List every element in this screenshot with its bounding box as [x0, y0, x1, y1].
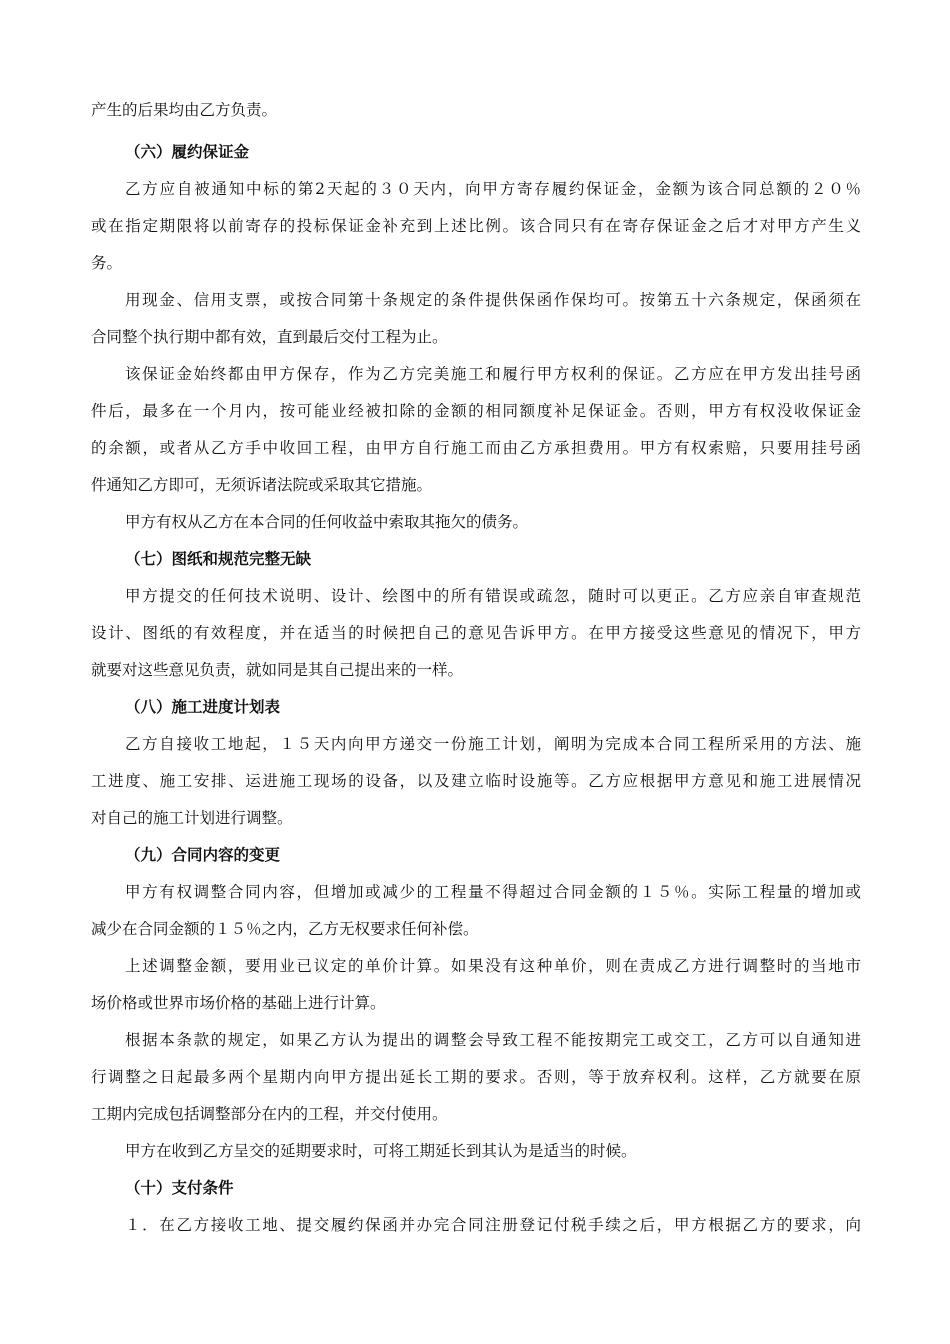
- paragraph-line: 务。: [91, 253, 861, 273]
- paragraph-line: 减少在合同金额的１５％之内，乙方无权要求任何补偿。: [91, 919, 861, 939]
- section-heading: （九）合同内容的变更: [125, 845, 280, 865]
- paragraph-line: 产生的后果均由乙方负责。: [91, 100, 861, 120]
- paragraph-line: 就要对这些意见负责，就如同是其自己提出来的一样。: [91, 660, 861, 680]
- paragraph-line: 甲方有权从乙方在本合同的任何收益中索取其拖欠的债务。: [125, 512, 861, 532]
- paragraph-line: 甲方有权调整合同内容，但增加或减少的工程量不得超过合同金额的１５％。实际工程量的…: [125, 882, 861, 902]
- document-page: 产生的后果均由乙方负责。（六）履约保证金乙方应自被通知中标的第2天起的３０天内，…: [0, 0, 950, 1344]
- paragraph-line: 行调整之日起最多两个星期内向甲方提出延长工期的要求。否则，等于放弃权利。这样，乙…: [91, 1067, 861, 1087]
- section-heading: （十）支付条件: [125, 1178, 234, 1198]
- paragraph-line: 场价格或世界市场价格的基础上进行计算。: [91, 993, 861, 1013]
- paragraph-line: 工进度、施工安排、运进施工现场的设备，以及建立临时设施等。乙方应根据甲方意见和施…: [91, 771, 861, 791]
- paragraph-line: １．在乙方接收工地、提交履约保函并办完合同注册登记付税手续之后，甲方根据乙方的要…: [125, 1215, 861, 1235]
- paragraph-line: 件通知乙方即可，无须诉诸法院或采取其它措施。: [91, 475, 861, 495]
- paragraph-line: 乙方自接收工地起，１５天内向甲方递交一份施工计划，阐明为完成本合同工程所采用的方…: [125, 734, 861, 754]
- paragraph-line: 工期内完成包括调整部分在内的工程，并交付使用。: [91, 1104, 861, 1124]
- paragraph-line: 的余额，或者从乙方手中收回工程，由甲方自行施工而由乙方承担费用。甲方有权索赔，只…: [91, 438, 861, 458]
- paragraph-line: 件后，最多在一个月内，按可能业经被扣除的金额的相同额度补足保证金。否则，甲方有权…: [91, 401, 861, 421]
- paragraph-line: 该保证金始终都由甲方保存，作为乙方完美施工和履行甲方权利的保证。乙方应在甲方发出…: [125, 364, 861, 384]
- paragraph-line: 用现金、信用支票，或按合同第十条规定的条件提供保函作保均可。按第五十六条规定，保…: [125, 290, 861, 310]
- paragraph-line: 或在指定期限将以前寄存的投标保证金补充到上述比例。该合同只有在寄存保证金之后才对…: [91, 216, 861, 236]
- paragraph-line: 甲方提交的任何技术说明、设计、绘图中的所有错误或疏忽，随时可以更正。乙方应亲自审…: [125, 586, 861, 606]
- paragraph-line: 根据本条款的规定，如果乙方认为提出的调整会导致工程不能按期完工或交工，乙方可以自…: [125, 1030, 861, 1050]
- paragraph-line: 甲方在收到乙方呈交的延期要求时，可将工期延长到其认为是适当的时候。: [125, 1141, 861, 1161]
- paragraph-line: 乙方应自被通知中标的第2天起的３０天内，向甲方寄存履约保证金，金额为该合同总额的…: [125, 179, 861, 199]
- paragraph-line: 合同整个执行期中都有效，直到最后交付工程为止。: [91, 327, 861, 347]
- section-heading: （七）图纸和规范完整无缺: [125, 549, 311, 569]
- section-heading: （八）施工进度计划表: [125, 697, 280, 717]
- section-heading: （六）履约保证金: [125, 142, 249, 162]
- paragraph-line: 设计、图纸的有效程度，并在适当的时候把自己的意见告诉甲方。在甲方接受这些意见的情…: [91, 623, 861, 643]
- paragraph-line: 对自己的施工计划进行调整。: [91, 808, 861, 828]
- paragraph-line: 上述调整金额，要用业已议定的单价计算。如果没有这种单价，则在责成乙方进行调整时的…: [125, 956, 861, 976]
